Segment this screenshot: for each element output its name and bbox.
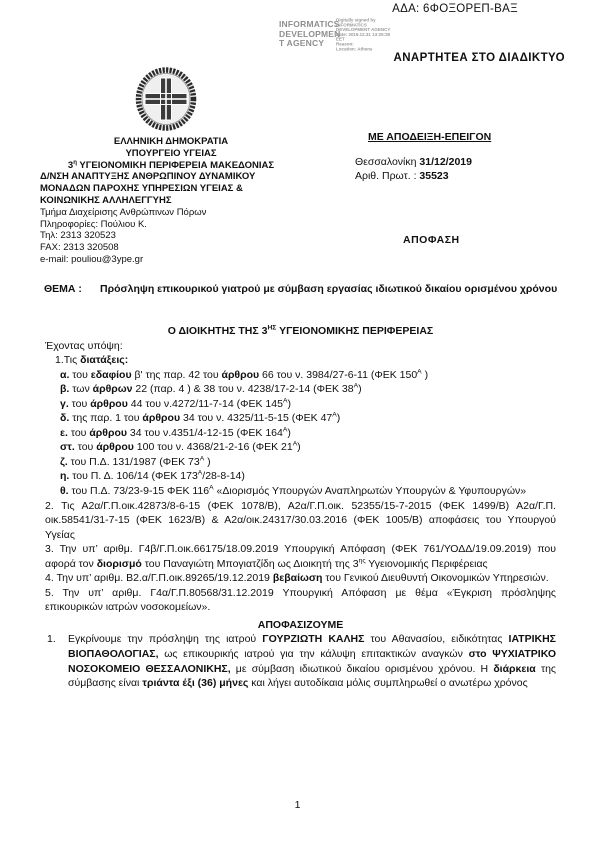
provision-line: γ. του άρθρου 44 του ν.4272/11-7-14 (ΦΕΚ… bbox=[45, 397, 556, 412]
provision-line: η. του Π. Δ. 106/14 (ΦΕΚ 173Α/28-8-14) bbox=[45, 469, 556, 484]
subject-text: Πρόσληψη επικουρικού γιατρού με σύμβαση … bbox=[100, 282, 561, 297]
decision-item: 1. Εγκρίνουμε την πρόσληψη της ιατρού ΓΟ… bbox=[45, 632, 556, 690]
provision-line: β. των άρθρων 22 (παρ. 4 ) & 38 του ν. 4… bbox=[45, 382, 556, 397]
paragraph: 4. Την υπ’ αριθμ. Β2.α/Γ.Π.οικ.89265/19.… bbox=[45, 571, 556, 586]
having-regard-line: Έχοντας υπόψη: bbox=[45, 339, 556, 354]
directorate-line: ΜΟΝΑΔΩΝ ΠΑΡΟΧΗΣ ΥΠΗΡΕΣΙΩΝ ΥΓΕΙΑΣ & bbox=[40, 183, 302, 195]
paragraph: 2. Τις Α2α/Γ.Π.οικ.42873/8-6-15 (ΦΕΚ 107… bbox=[45, 499, 556, 543]
department-line: Τμήμα Διαχείρισης Ανθρώπινων Πόρων bbox=[40, 207, 302, 219]
letterhead: ΕΛΛΗΝΙΚΗ ΔΗΜΟΚΡΑΤΙΑ ΥΠΟΥΡΓΕΙΟ ΥΓΕΙΑΣ 3η … bbox=[40, 136, 302, 266]
document-page: ΑΔΑ: 6ΦΟΞΟΡΕΠ-ΒΑΞ INFORMATICS DEVELOPMEN… bbox=[0, 0, 595, 842]
stamp-signature-details: Digitally signed by INFORMATICS DEVELOPM… bbox=[336, 18, 442, 52]
ada-code: ΑΔΑ: 6ΦΟΞΟΡΕΠ-ΒΑΞ bbox=[330, 3, 580, 15]
stamp-agency-name: INFORMATICS DEVELOPMEN T AGENCY bbox=[279, 20, 341, 49]
paragraph: 5. Την υπ’ αριθμ. Γ4α/Γ.Π.80568/31.12.20… bbox=[45, 586, 556, 615]
decision-item-number: 1. bbox=[47, 632, 56, 647]
subject-label: ΘΕΜΑ : bbox=[44, 282, 100, 297]
provision-line: α. του εδαφίου β' της παρ. 42 του άρθρου… bbox=[45, 368, 556, 383]
stamp-agency-line: T AGENCY bbox=[279, 39, 341, 49]
decision-label: ΑΠΟΦΑΣΗ bbox=[403, 234, 460, 246]
fax-line: FAX: 2313 320508 bbox=[40, 242, 302, 254]
subject-block: ΘΕΜΑ : Πρόσληψη επικουρικού γιατρού με σ… bbox=[44, 282, 561, 297]
contact-line: Πληροφορίες: Πούλιου Κ. bbox=[40, 219, 302, 231]
provision-line: στ. του άρθρου 100 του ν. 4368/21-2-16 (… bbox=[45, 440, 556, 455]
internet-posting-banner: ΑΝΑΡΤΗΤΕΑ ΣΤΟ ΔΙΑΔΙΚΤΥΟ bbox=[394, 52, 565, 64]
page-number: 1 bbox=[0, 799, 595, 811]
decide-heading: ΑΠΟΦΑΣΙΖΟΥΜΕ bbox=[45, 618, 556, 633]
decision-item-text: Εγκρίνουμε την πρόσληψη της ιατρού ΓΟΥΡΖ… bbox=[68, 633, 556, 689]
stamp-detail-line: Location: Athens bbox=[336, 47, 442, 52]
directorate-line: ΚΟΙΝΩΝΙΚΗΣ ΑΛΛΗΛΕΓΓΥΗΣ bbox=[40, 195, 302, 207]
decider-heading: Ο ΔΙΟΙΚΗΤΗΣ ΤΗΣ 3ΗΣ ΥΓΕΙΟΝΟΜΙΚΗΣ ΠΕΡΙΦΕΡ… bbox=[45, 324, 556, 339]
health-region-line: 3η ΥΓΕΙΟΝΟΜΙΚΗ ΠΕΡΙΦΕΡΕΙΑ ΜΑΚΕΔΟΝΙΑΣ bbox=[40, 160, 302, 172]
document-body: Ο ΔΙΟΙΚΗΤΗΣ ΤΗΣ 3ΗΣ ΥΓΕΙΟΝΟΜΙΚΗΣ ΠΕΡΙΦΕΡ… bbox=[45, 324, 556, 691]
urgency-note: ΜΕ ΑΠΟΔΕΙΞΗ-ΕΠΕΙΓΟΝ bbox=[368, 131, 491, 143]
provision-line: δ. της παρ. 1 του άρθρου 34 του ν. 4325/… bbox=[45, 411, 556, 426]
date-line: Θεσσαλονίκη 31/12/2019 bbox=[355, 156, 472, 168]
protocol-line: Αριθ. Πρωτ. : 35523 bbox=[355, 170, 449, 182]
directorate-line: Δ/ΝΣΗ ΑΝΑΠΤΥΞΗΣ ΑΝΘΡΩΠΙΝΟΥ ΔΥΝΑΜΙΚΟΥ bbox=[40, 171, 302, 183]
provision-line: ζ. του Π.Δ. 131/1987 (ΦΕΚ 73Α ) bbox=[45, 455, 556, 470]
national-emblem-icon bbox=[129, 66, 203, 132]
republic-line: ΕΛΛΗΝΙΚΗ ΔΗΜΟΚΡΑΤΙΑ bbox=[40, 136, 302, 148]
email-line: e-mail: pouliou@3ype.gr bbox=[40, 254, 302, 266]
provision-line: ε. του άρθρου 34 του ν.4351/4-12-15 (ΦΕΚ… bbox=[45, 426, 556, 441]
phone-line: Τηλ: 2313 320523 bbox=[40, 230, 302, 242]
paragraph: 3. Την υπ’ αριθμ. Γ4β/Γ.Π.οικ.66175/18.0… bbox=[45, 542, 556, 571]
provision-line: θ. του Π.Δ. 73/23-9-15 ΦΕΚ 116Α «Διορισμ… bbox=[45, 484, 556, 499]
provisions-intro: 1.Τις διατάξεις: bbox=[45, 353, 556, 368]
ministry-line: ΥΠΟΥΡΓΕΙΟ ΥΓΕΙΑΣ bbox=[40, 148, 302, 160]
